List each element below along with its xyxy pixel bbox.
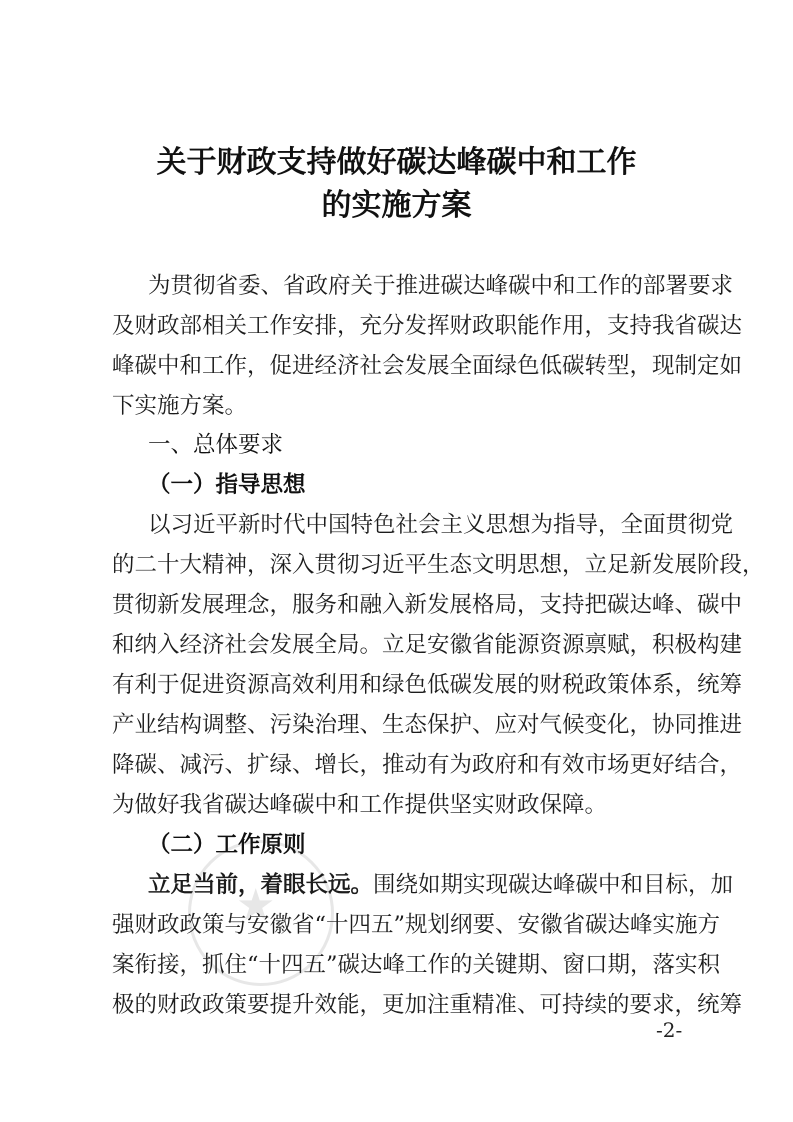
principle-text: 围绕如期实现碳达峰碳中和目标，加 (373, 872, 733, 898)
section-heading-general-requirements: 一、总体要求 (148, 432, 283, 458)
document-title-line-1: 关于财政支持做好碳达峰碳中和工作 (0, 137, 793, 181)
principle-first-line: 立足当前，着眼长远。围绕如期实现碳达峰碳中和目标，加 (148, 872, 690, 898)
document-title-line-2: 的实施方案 (0, 180, 793, 224)
guiding-ideology-line: 以习近平新时代中国特色社会主义思想为指导，全面贯彻党 (148, 512, 690, 538)
guiding-ideology-line: 和纳入经济社会发展全局。立足安徽省能源资源禀赋，积极构建 (112, 632, 690, 658)
intro-paragraph-line: 峰碳中和工作，促进经济社会发展全面绿色低碳转型，现制定如 (112, 353, 690, 379)
principle-title: 立足当前，着眼长远。 (148, 872, 373, 898)
principle-line: 极的财政政策要提升效能，更加注重精准、可持续的要求，统筹 (112, 992, 690, 1018)
guiding-ideology-line: 有利于促进资源高效利用和绿色低碳发展的财税政策体系，统筹 (112, 672, 690, 698)
subsection-heading-work-principles: （二）工作原则 (148, 832, 306, 858)
intro-paragraph-line: 及财政部相关工作安排，充分发挥财政职能作用，支持我省碳达 (112, 313, 690, 339)
subsection-heading-guiding-ideology: （一）指导思想 (148, 472, 306, 498)
document-page: ★ 关于财政支持做好碳达峰碳中和工作 的实施方案 为贯彻省委、省政府关于推进碳达… (0, 0, 793, 1122)
principle-line: 案衔接，抓住“十四五”碳达峰工作的关键期、窗口期，落实积 (112, 952, 690, 978)
intro-paragraph-line: 为贯彻省委、省政府关于推进碳达峰碳中和工作的部署要求 (148, 273, 690, 299)
intro-paragraph-line: 下实施方案。 (112, 393, 690, 419)
guiding-ideology-line: 贯彻新发展理念，服务和融入新发展格局，支持把碳达峰、碳中 (112, 592, 690, 618)
page-number: -2- (656, 1018, 682, 1042)
guiding-ideology-line: 产业结构调整、污染治理、生态保护、应对气候变化，协同推进 (112, 712, 690, 738)
principle-line: 强财政政策与安徽省“十四五”规划纲要、安徽省碳达峰实施方 (112, 912, 690, 938)
guiding-ideology-line: 降碳、减污、扩绿、增长，推动有为政府和有效市场更好结合， (112, 752, 690, 778)
guiding-ideology-line: 为做好我省碳达峰碳中和工作提供坚实财政保障。 (112, 792, 690, 818)
guiding-ideology-line: 的二十大精神，深入贯彻习近平生态文明思想，立足新发展阶段， (112, 552, 690, 578)
